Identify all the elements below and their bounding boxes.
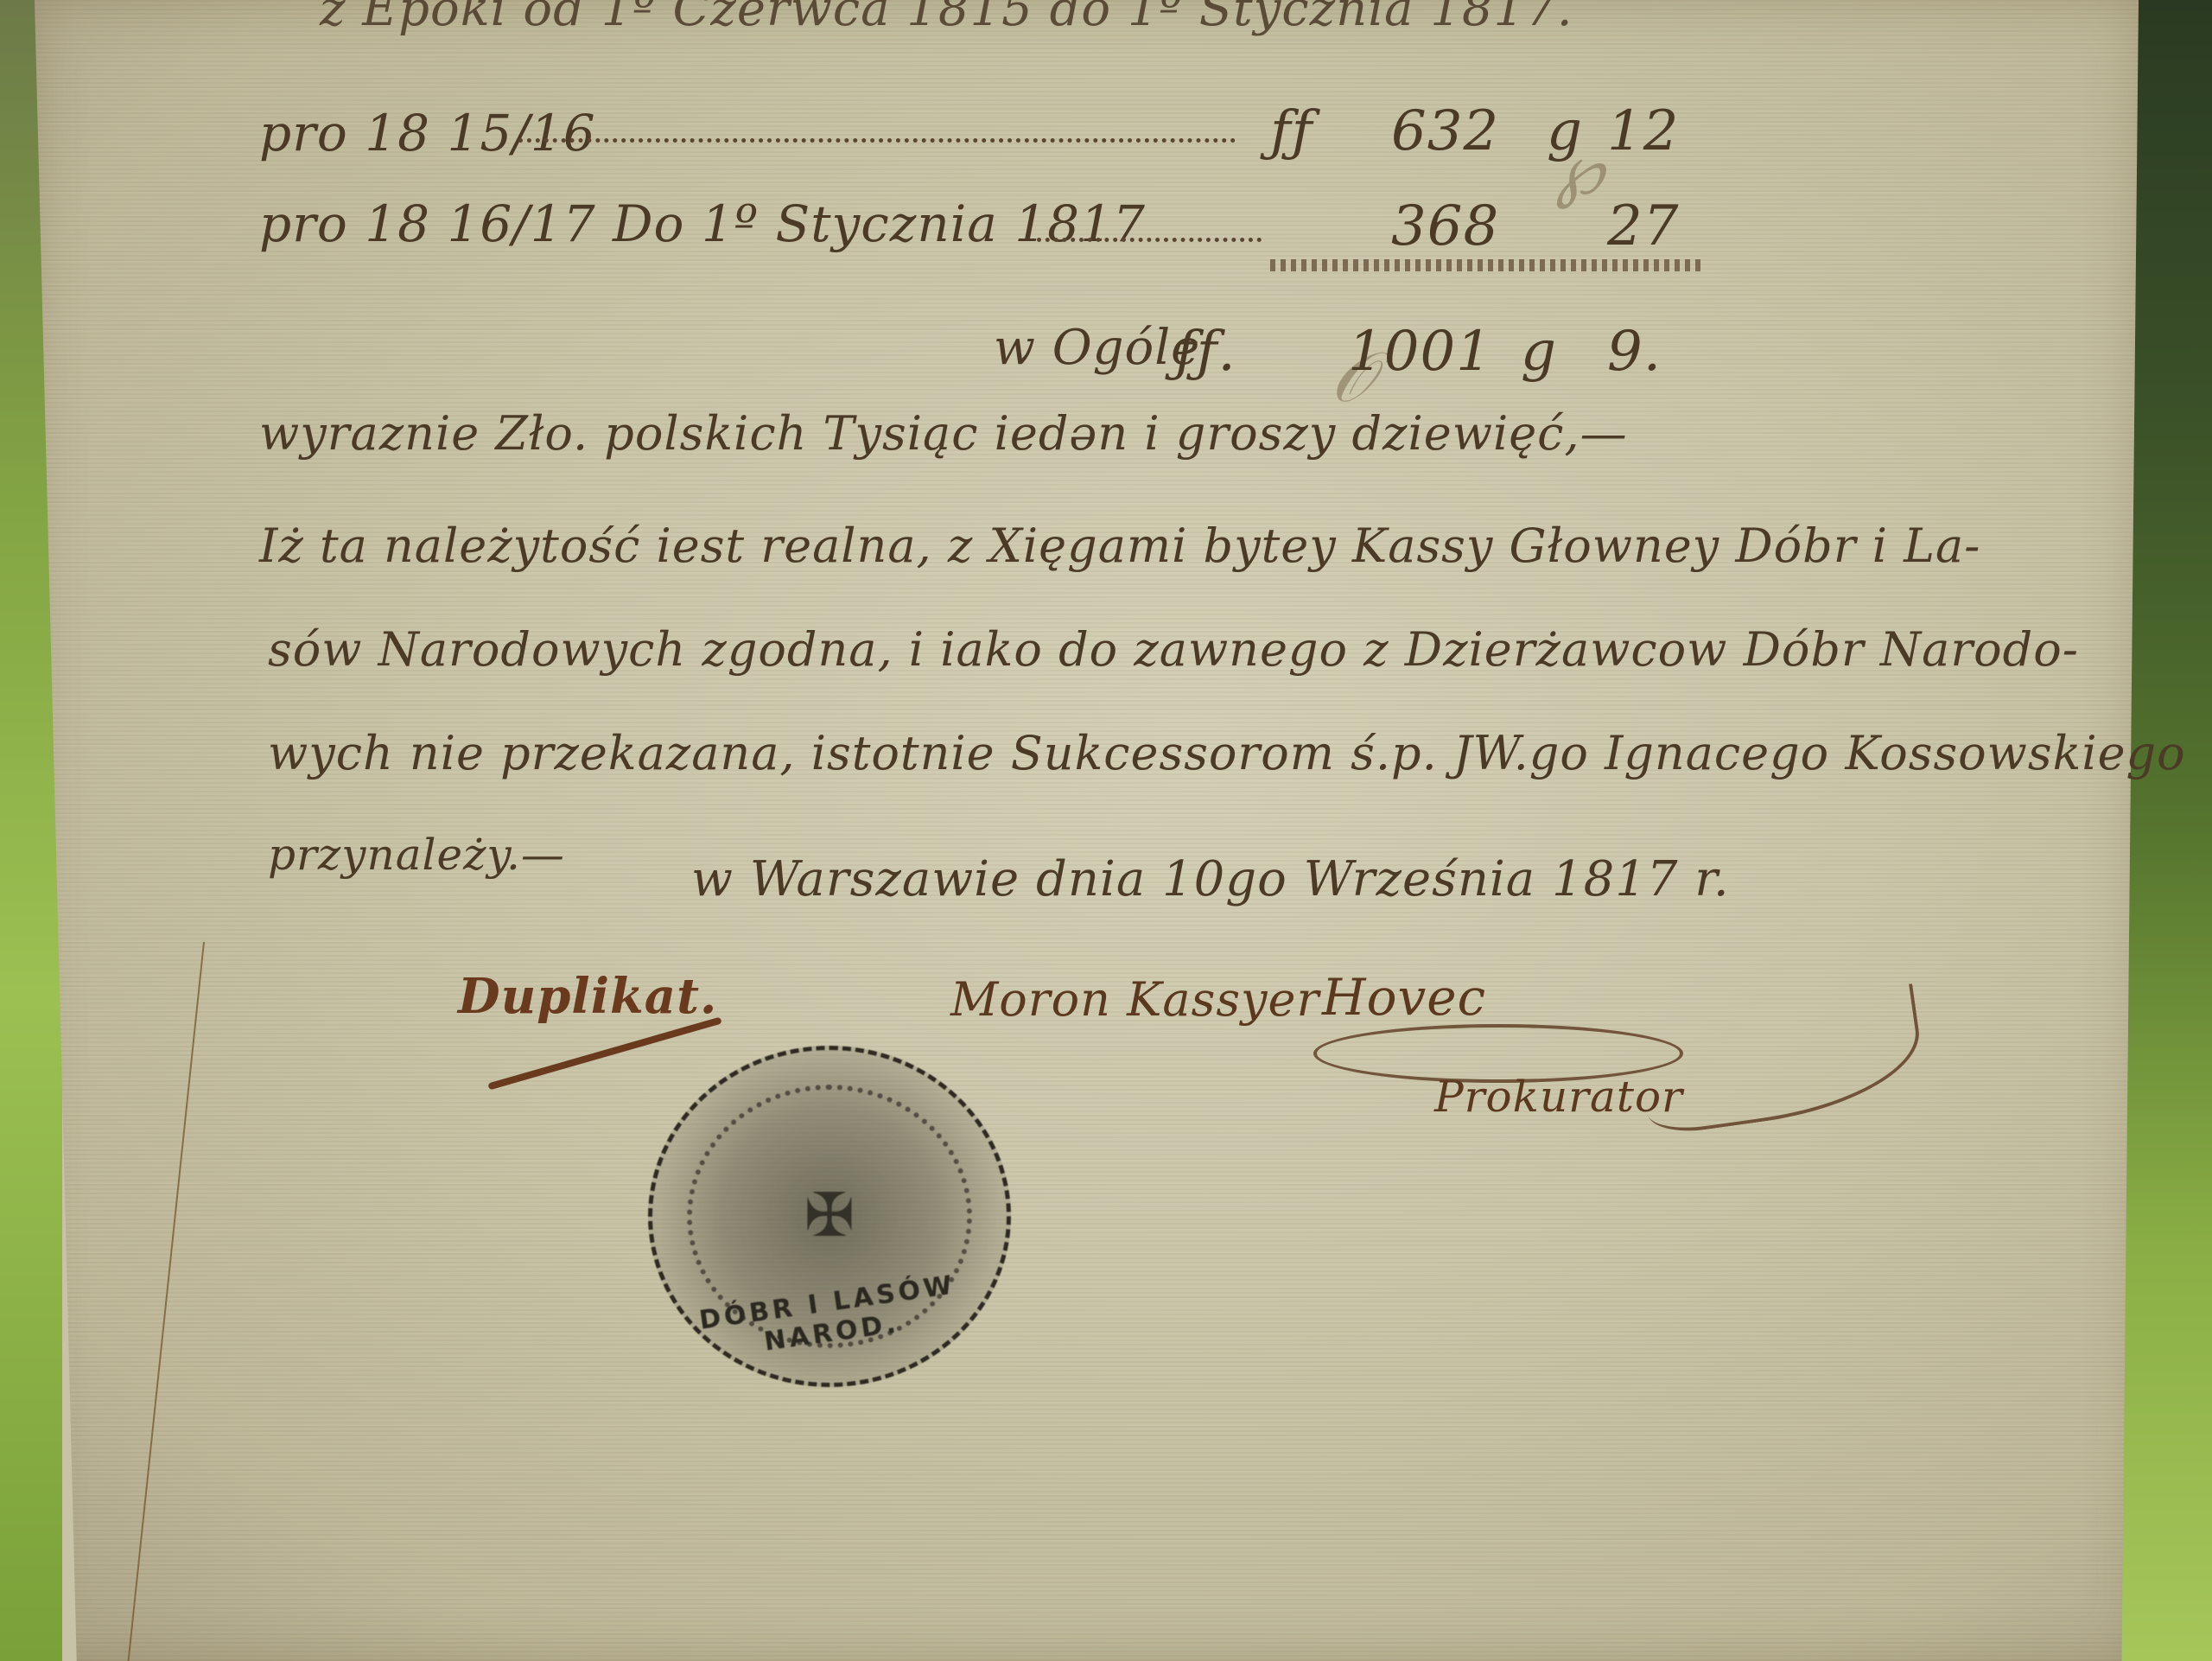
total-label: w Ogóle bbox=[994, 320, 1200, 376]
ledger-row-1-grosze: 12 bbox=[1607, 99, 1679, 163]
total-grosze-label: g bbox=[1521, 320, 1557, 384]
body-line-4: przynależy.— bbox=[268, 830, 565, 880]
header-line: z Epoki od 1º Czerwca 1815 do 1º Styczni… bbox=[320, 0, 1573, 37]
leader-dots bbox=[1037, 238, 1262, 242]
body-line-1: Iż ta należytość iest realna, z Xięgami … bbox=[259, 519, 1980, 573]
total-zloty: 1001 bbox=[1348, 320, 1492, 384]
ledger-row-1-grosze-label: g bbox=[1547, 99, 1583, 163]
ledger-row-2-zloty: 368 bbox=[1391, 194, 1499, 258]
ledger-row-2-grosze: 27 bbox=[1607, 194, 1679, 258]
total-grosze: 9. bbox=[1607, 320, 1662, 384]
body-line-3: wych nie przekazana, istotnie Sukcessoro… bbox=[268, 726, 2186, 780]
body-line-2: sów Narodowych zgodna, i iako do zawnego… bbox=[268, 622, 2079, 677]
duplicate-mark: Duplikat. bbox=[458, 968, 717, 1025]
ledger-row-2-label: pro 18 16/17 Do 1º Stycznia 1817 bbox=[259, 194, 1146, 253]
eagle-emblem-icon: ✠ bbox=[652, 1180, 1007, 1251]
leader-dots bbox=[518, 138, 1236, 143]
signature-main: Hovec bbox=[1322, 968, 1486, 1027]
signature-prokurator: Prokurator bbox=[1434, 1072, 1683, 1122]
sum-underline bbox=[1270, 259, 1702, 271]
total-currency: ƒƒ. bbox=[1175, 320, 1236, 384]
ledger-row-1-label: pro 18 15/16 bbox=[259, 104, 596, 162]
amount-in-words: wyraznie Zło. polskich Tysiąc iedən i gr… bbox=[259, 406, 1628, 461]
signature-cashier: Moron Kassyer bbox=[950, 972, 1319, 1027]
official-seal-stamp: ✠ DÓBR I LASÓW NAROD. bbox=[648, 1046, 1011, 1387]
place-and-date: w Warszawie dnia 10go Września 1817 r. bbox=[691, 851, 1730, 907]
ledger-row-1-currency: ƒƒ bbox=[1270, 99, 1313, 163]
ledger-row-1-zloty: 632 bbox=[1391, 99, 1499, 163]
